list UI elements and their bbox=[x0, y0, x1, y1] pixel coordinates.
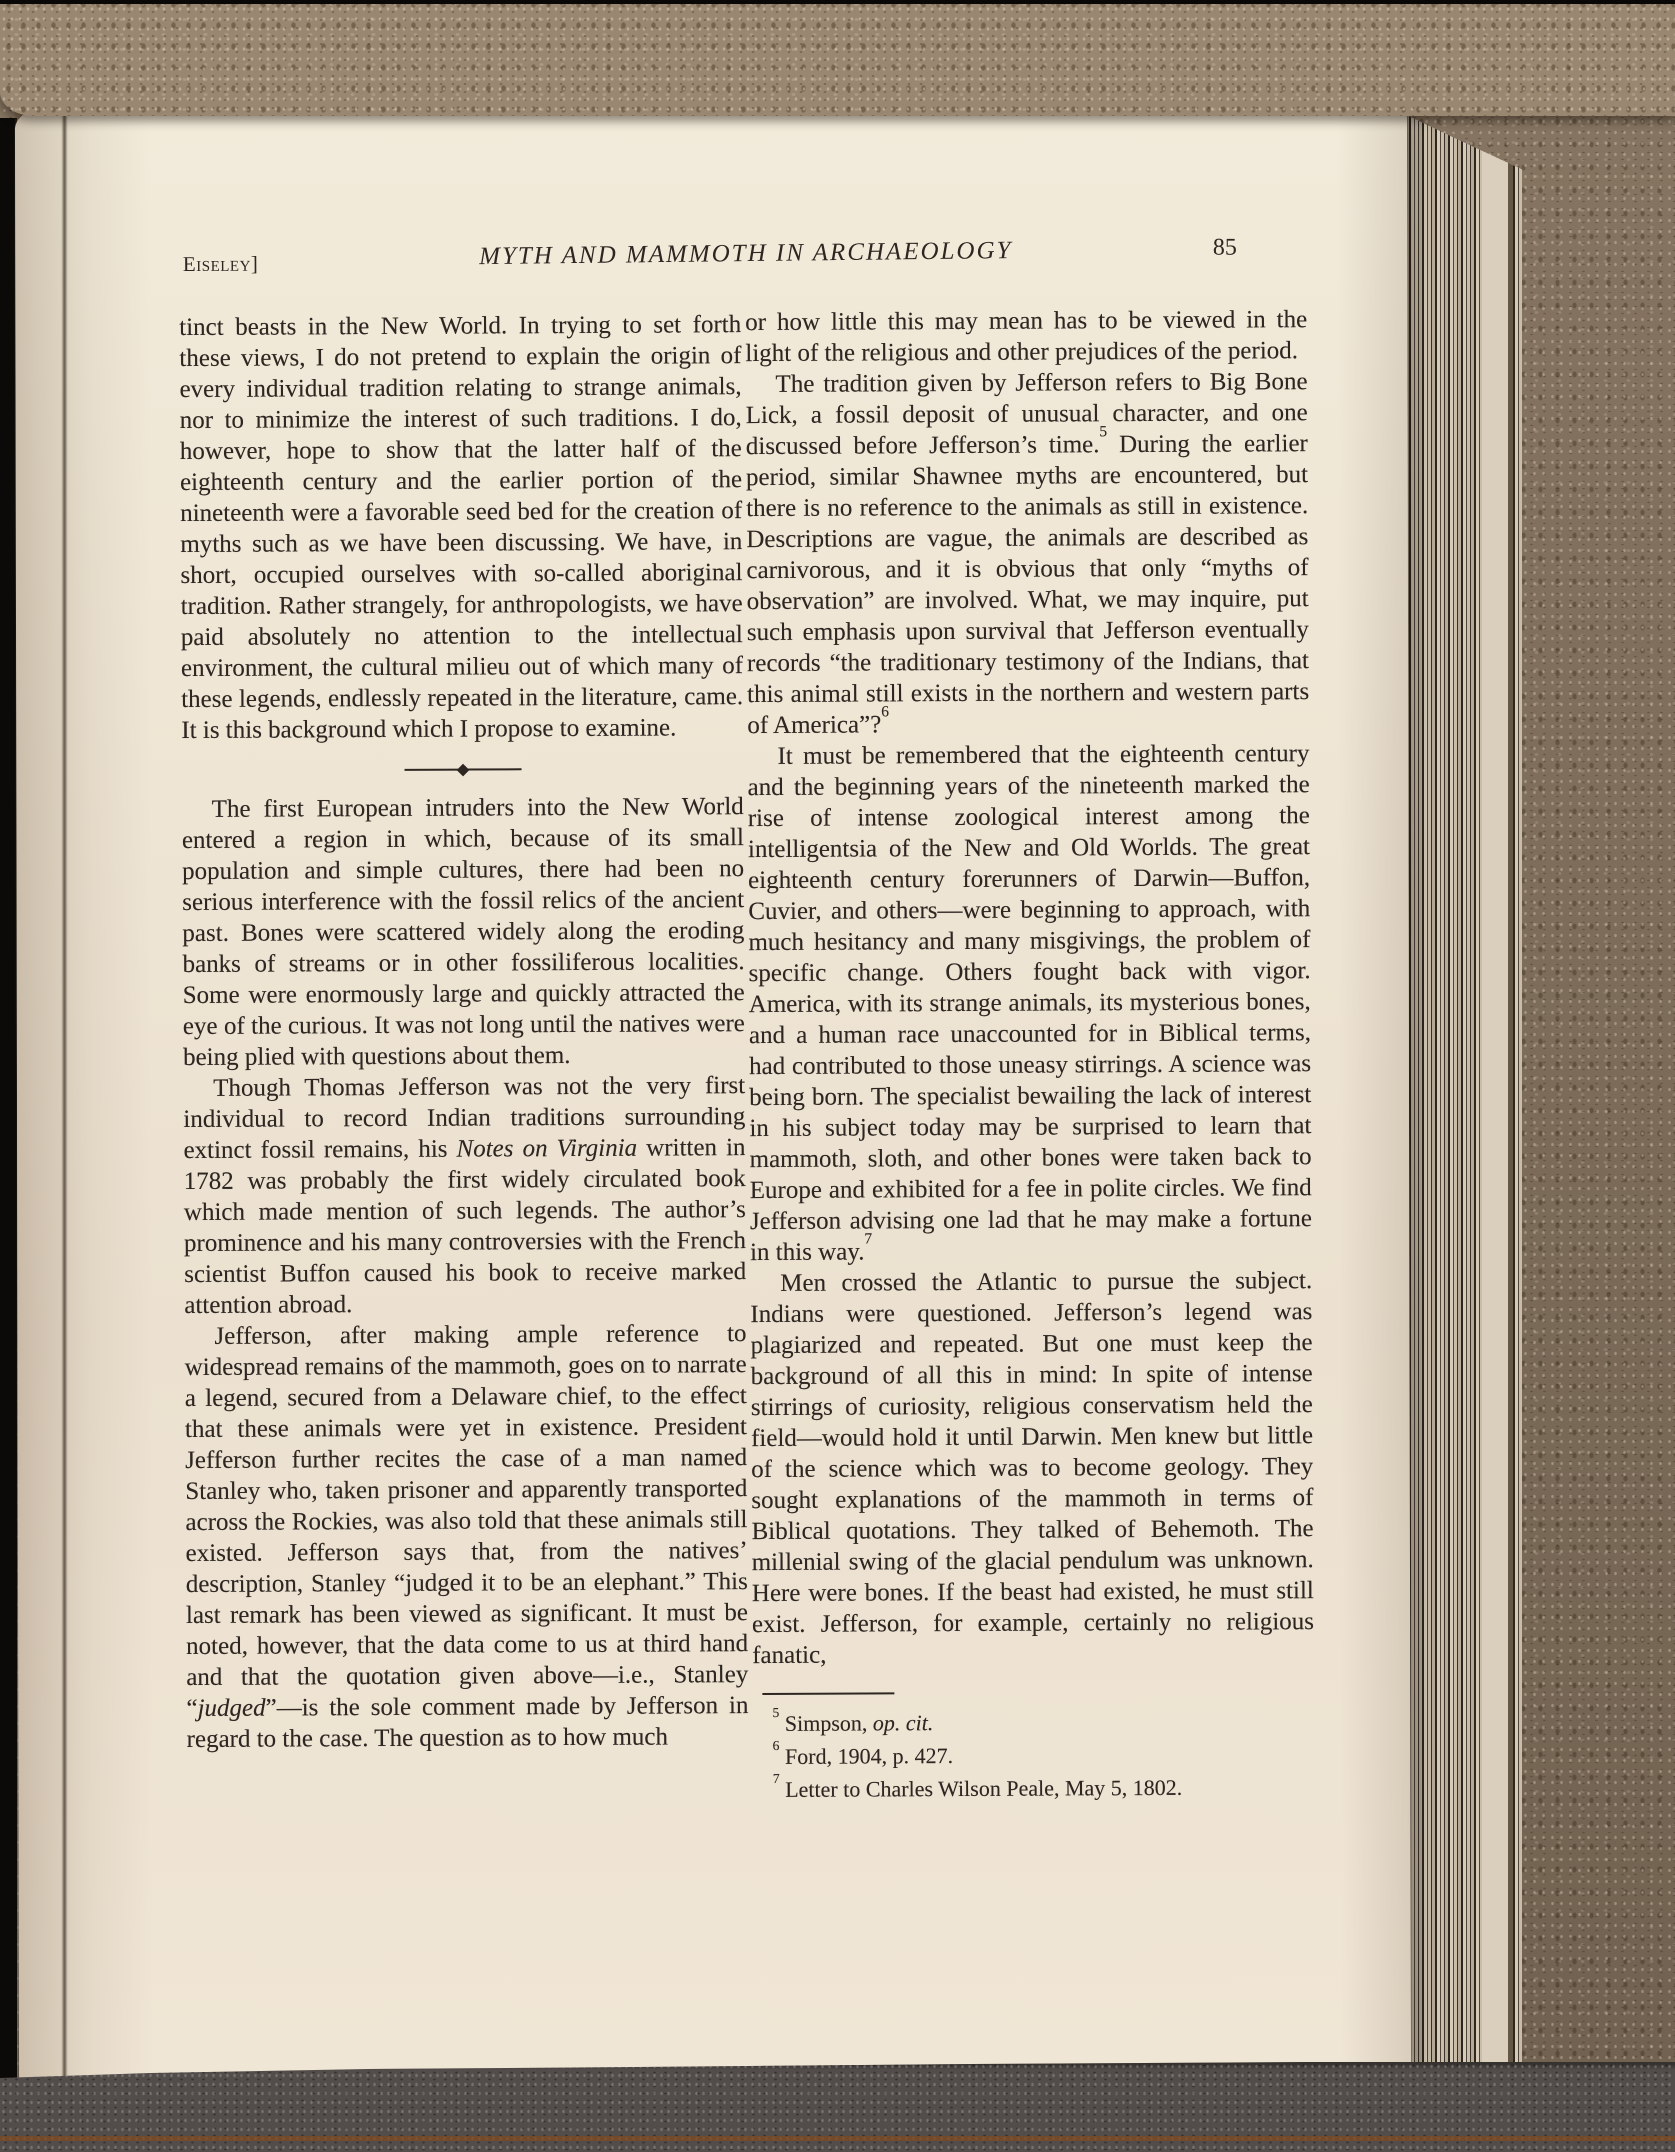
paragraph-left-1: tinct beasts in the New World. In trying… bbox=[179, 309, 743, 746]
printed-page-content: Eiseley] MYTH AND MAMMOTH IN ARCHAEOLOGY… bbox=[0, 0, 1675, 2152]
quoted-word-italic: judged bbox=[197, 1695, 265, 1722]
footnote-5-marker: 5 bbox=[772, 1705, 779, 1720]
footnote-ref-5: 5 bbox=[1099, 423, 1107, 440]
footnote-6: 6 Ford, 1904, p. 427. bbox=[753, 1738, 1315, 1774]
left-text-column: tinct beasts in the New World. In trying… bbox=[179, 309, 749, 1755]
footnote-ref-6: 6 bbox=[881, 703, 889, 720]
right-text-column: or how little this may mean has to be vi… bbox=[745, 304, 1315, 1806]
footnote-6-marker: 6 bbox=[773, 1738, 780, 1753]
footnote-5-text: Simpson, bbox=[785, 1711, 873, 1736]
footnote-6-text: Ford, 1904, p. 427. bbox=[785, 1743, 953, 1769]
paragraph-right-4: Men crossed the Atlantic to pursue the s… bbox=[750, 1265, 1314, 1671]
divider-diamond-icon bbox=[456, 763, 469, 776]
running-head-title: MYTH AND MAMMOTH IN ARCHAEOLOGY bbox=[366, 236, 1126, 273]
divider-line-icon bbox=[465, 768, 521, 771]
paragraph-right-3-text: It must be remembered that the eighteent… bbox=[748, 740, 1312, 1266]
book-title-italic: Notes on Virginia bbox=[456, 1135, 637, 1163]
footnote-7-marker: 7 bbox=[773, 1771, 780, 1786]
paragraph-right-2: The tradition given by Jefferson refers … bbox=[745, 366, 1309, 741]
paragraph-right-1: or how little this may mean has to be vi… bbox=[745, 304, 1307, 369]
bottom-rust-line bbox=[0, 2136, 1675, 2141]
section-divider-ornament bbox=[181, 753, 743, 786]
footnotes-block: 5 Simpson, op. cit. 6 Ford, 1904, p. 427… bbox=[752, 1690, 1315, 1806]
footnote-5-opcit-italic: op. cit. bbox=[873, 1711, 934, 1736]
divider-line-icon bbox=[404, 768, 460, 771]
paragraph-left-4-text: ”—is the sole comment made by Jefferson … bbox=[187, 1692, 749, 1753]
footnote-5: 5 Simpson, op. cit. bbox=[752, 1705, 1314, 1741]
footnote-separator-rule bbox=[762, 1692, 894, 1695]
page-number: 85 bbox=[1213, 235, 1237, 262]
paragraph-left-4: Jefferson, after making ample reference … bbox=[184, 1318, 748, 1755]
paragraph-right-3: It must be remembered that the eighteent… bbox=[747, 738, 1312, 1268]
running-head-author: Eiseley] bbox=[183, 252, 259, 277]
paragraph-left-2: The first European intruders into the Ne… bbox=[182, 791, 745, 1073]
paragraph-right-2-text: During the earlier period, similar Shawn… bbox=[746, 430, 1309, 739]
paragraph-left-4-text: Jefferson, after making ample reference … bbox=[185, 1320, 749, 1722]
paragraph-left-3: Though Thomas Jefferson was not the very… bbox=[183, 1070, 746, 1321]
footnote-7-text: Letter to Charles Wilson Peale, May 5, 1… bbox=[785, 1775, 1182, 1802]
footnote-7: 7 Letter to Charles Wilson Peale, May 5,… bbox=[753, 1771, 1315, 1807]
photographed-book-page-scene: Eiseley] MYTH AND MAMMOTH IN ARCHAEOLOGY… bbox=[0, 0, 1675, 2152]
footnote-ref-7: 7 bbox=[864, 1230, 872, 1247]
